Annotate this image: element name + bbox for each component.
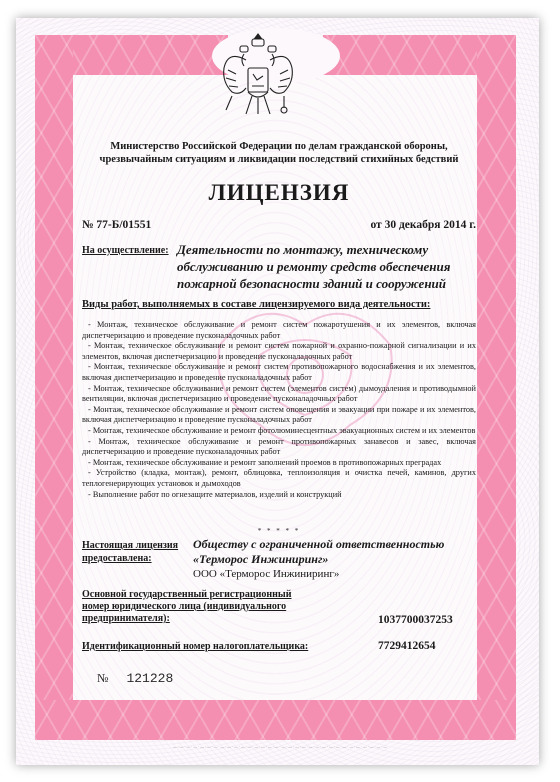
works-list-item: - Монтаж, техническое обслуживание и рем… — [82, 426, 476, 437]
issuing-authority: Министерство Российской Федерации по дел… — [65, 140, 493, 166]
issuer-line-1: Министерство Российской Федерации по дел… — [65, 140, 493, 153]
works-list-item: - Устройство (кладка, монтаж), ремонт, о… — [82, 468, 476, 489]
ogrn-label: Основной государственный регистрационный… — [82, 589, 302, 625]
works-list-item: - Выполнение работ по огнезащите материа… — [82, 490, 476, 501]
works-list-item: - Монтаж, техническое обслуживание и рем… — [82, 384, 476, 405]
frame-band-bottom — [35, 700, 516, 740]
activity-label: На осуществление: — [82, 245, 169, 256]
licensee-full-name: Обществу с ограниченной ответственностью… — [193, 537, 483, 567]
section-separator: * * * * * — [82, 527, 476, 535]
works-list-item: - Монтаж, техническое обслуживание и рем… — [82, 437, 476, 458]
works-list-item: - Монтаж, техническое обслуживание и рем… — [82, 458, 476, 469]
ogrn-value: 1037700037253 — [378, 614, 453, 626]
works-list-item: - Монтаж, техническое обслуживание и рем… — [82, 320, 476, 341]
footer-microprint: — · — · — · — · — · — · — · — · — · — · … — [110, 745, 450, 749]
works-list: - Монтаж, техническое обслуживание и рем… — [82, 320, 476, 500]
works-heading: Виды работ, выполняемых в составе лиценз… — [82, 299, 430, 310]
serial-prefix: № — [97, 671, 108, 685]
serial-value: 121228 — [126, 671, 173, 686]
activity-text: Деятельности по монтажу, техническому об… — [177, 241, 477, 292]
inn-value: 7729412654 — [378, 640, 436, 652]
issuer-line-2: чрезвычайным ситуациям и ликвидации посл… — [65, 153, 493, 166]
document-title: ЛИЦЕНЗИЯ — [65, 180, 493, 206]
russian-coat-of-arms-icon — [218, 30, 298, 125]
works-list-item: - Монтаж, техническое обслуживание и рем… — [82, 405, 476, 426]
inn-label: Идентификационный номер налогоплательщик… — [82, 641, 308, 652]
license-date: от 30 декабря 2014 г. — [340, 219, 476, 231]
licensee-label: Настоящая лицензия предоставлена: — [82, 539, 182, 565]
works-list-item: - Монтаж, техническое обслуживание и рем… — [82, 341, 476, 362]
licensee-short-name: ООО «Терморос Инжиниринг» — [193, 568, 339, 580]
works-list-item: - Монтаж, техническое обслуживание и рем… — [82, 362, 476, 383]
form-serial-number: №121228 — [97, 671, 173, 686]
license-number: № 77-Б/01551 — [82, 219, 151, 231]
